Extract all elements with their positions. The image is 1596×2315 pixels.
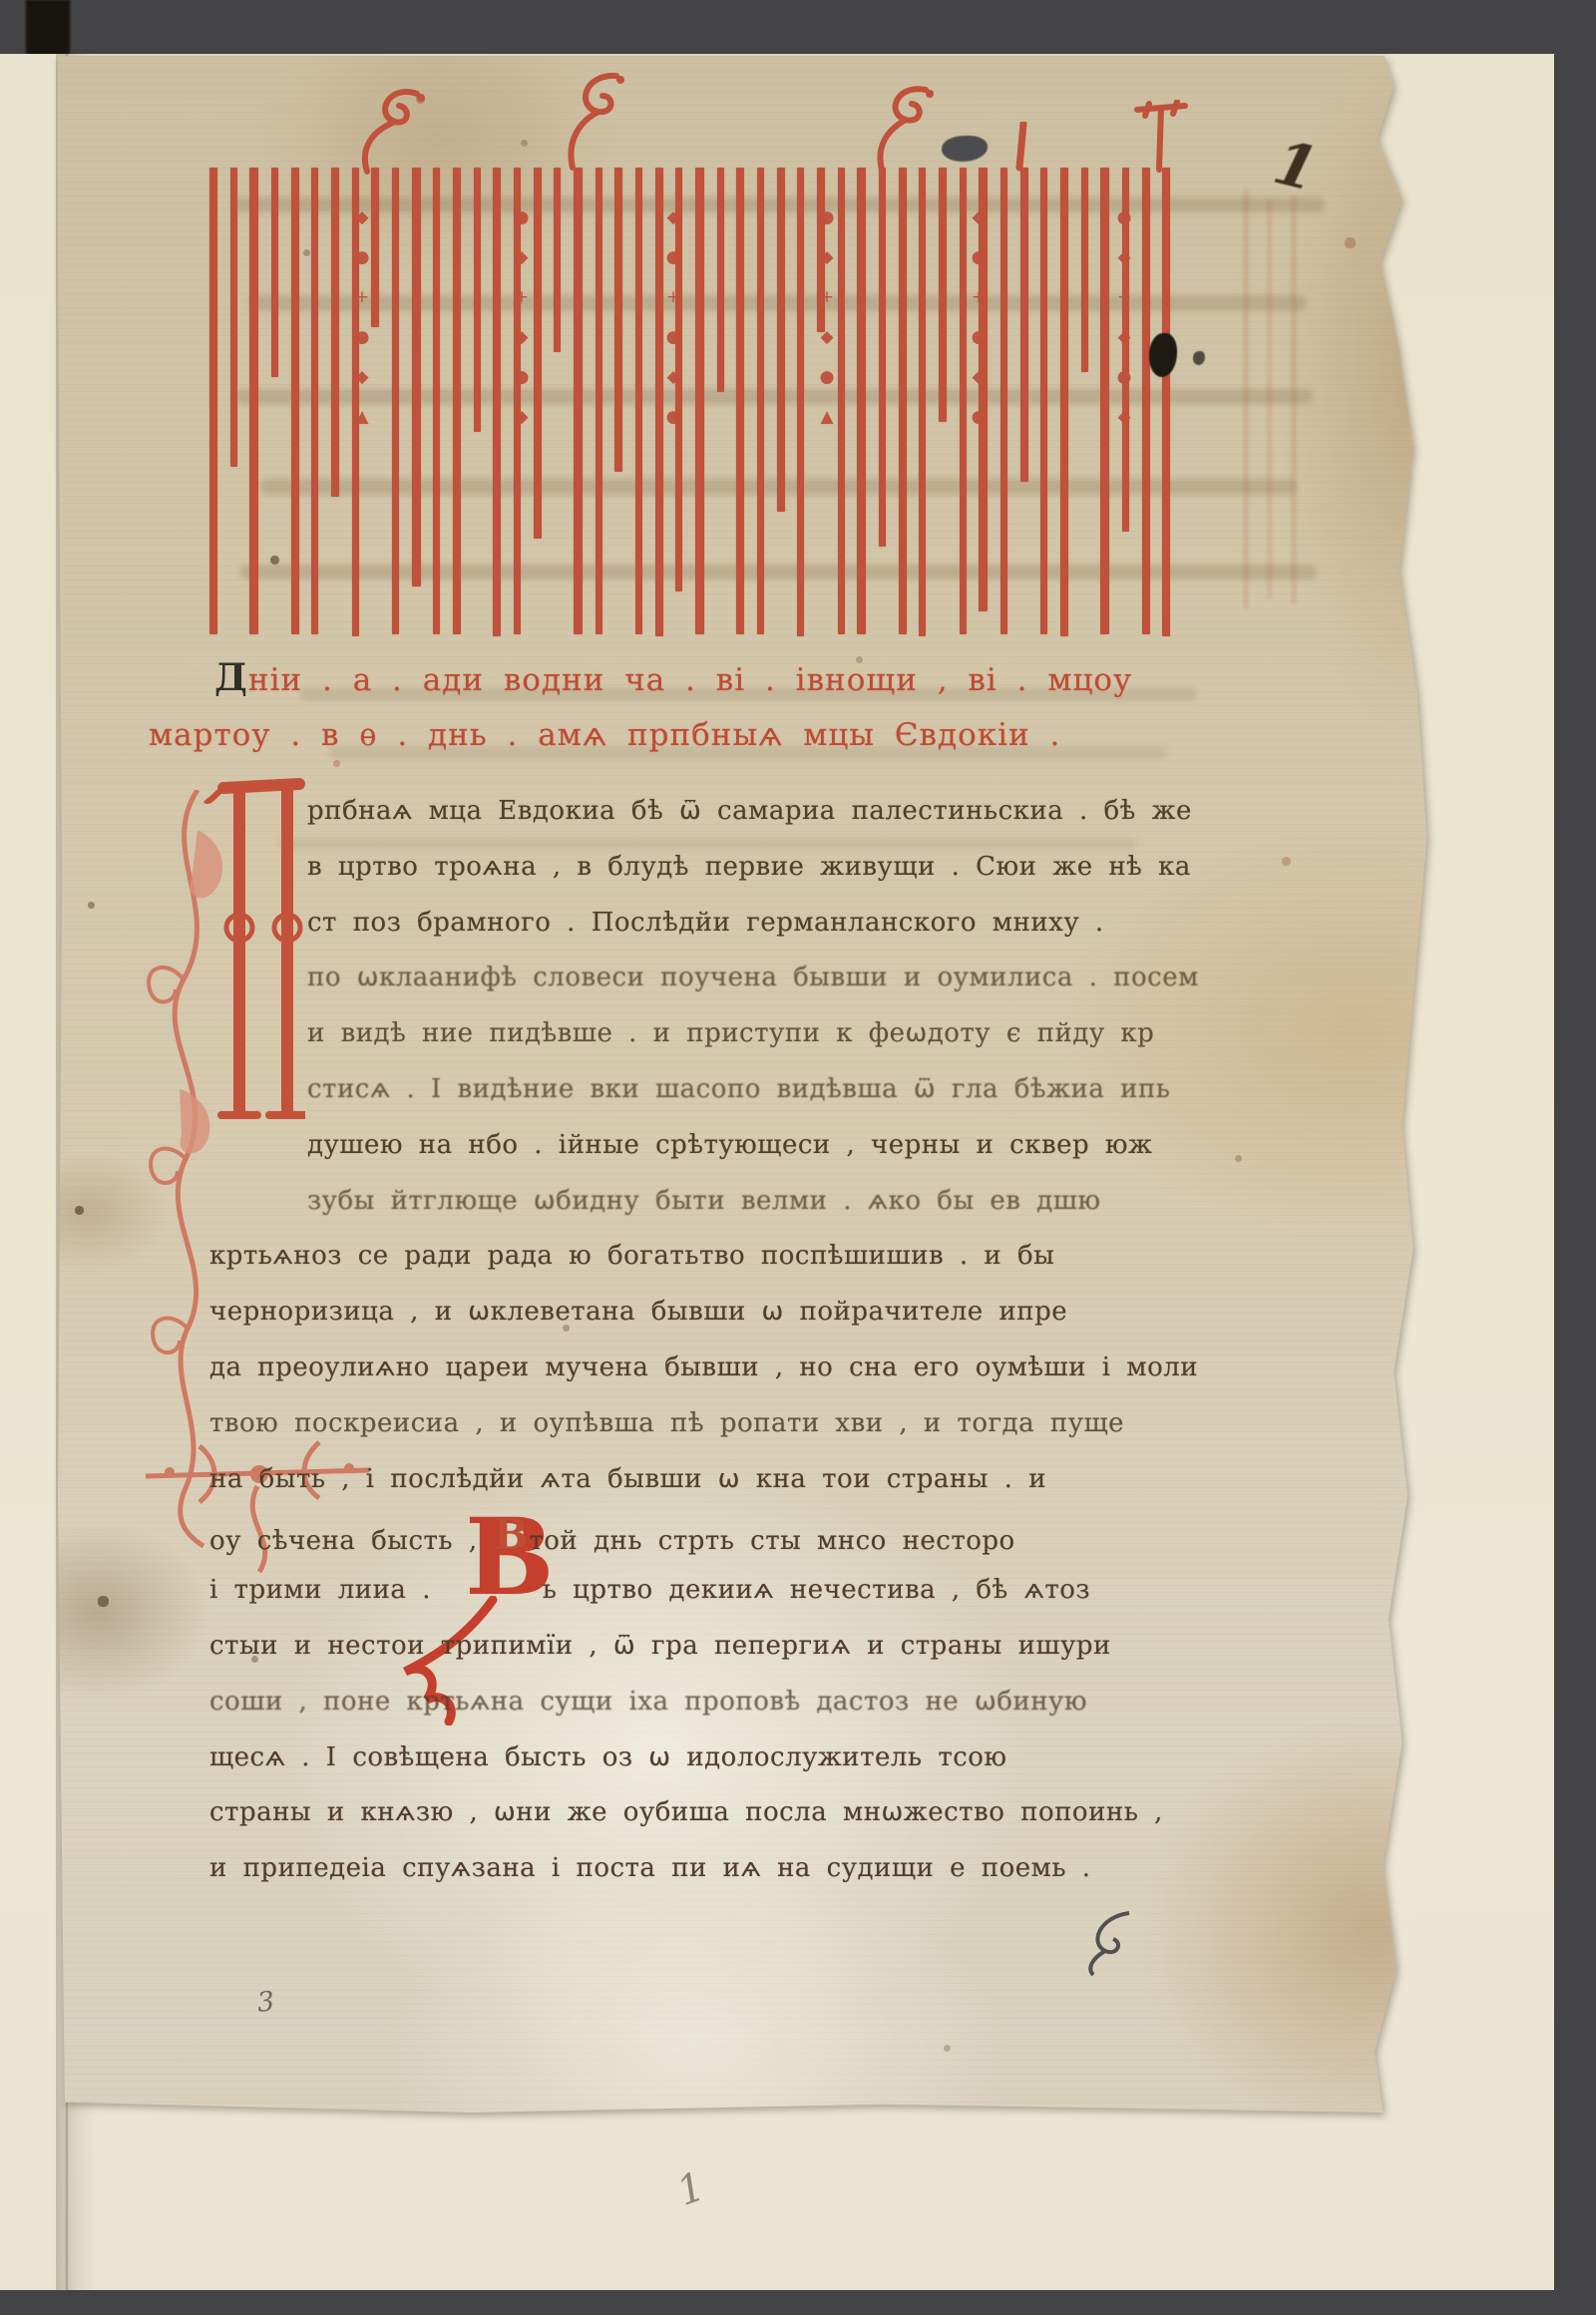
headpiece-motif-icon: ◆ [509,317,535,357]
headpiece-ornament: ◆●+●◆▲●◆+◆●◆◆●+●◆●●◆+◆●▲◆●+●◆●●◆+◆●◆ [209,168,1219,638]
manuscript-text-segment: зубы йтглюще ѡбидну быти велми . ѧко бы … [307,1186,1101,1216]
headpiece-bar [554,168,561,352]
headpiece-bar [939,168,947,422]
manuscript-text-segment: соши , поне кртьѧна сущи іха проповѣ дас… [209,1687,1087,1717]
manuscript-text-block: рпбнаѧ мца Евдокиа бѣ ѿ самариа палестин… [209,784,1347,1897]
headpiece-bar [1060,168,1068,636]
rubric-heading: Дніи . а . ади водни ча . ві . івнощи , … [214,648,1332,764]
manuscript-text-segment: стисѧ . І видѣние вки шасопо видѣвша ѿ г… [307,1074,1170,1104]
photo-background: ◆●+●◆▲●◆+◆●◆◆●+●◆●●◆+◆●▲◆●+●◆●●◆+◆●◆ 1 Д… [0,0,1596,2315]
manuscript-text-segment: стыи и нестои трипимїи , ѿ гра пепергиѧ … [209,1631,1111,1661]
manuscript-text-segment: страны и кнѧзю , ѡни же оубиша посла мнѡ… [209,1797,1163,1827]
headpiece-motif-column: ●◆+◆●▲ [814,197,840,666]
headpiece-bar [614,168,622,472]
headpiece-bar [453,168,461,634]
headpiece-bar [209,168,217,634]
headpiece-bar [797,168,804,636]
manuscript-text-segment: да преоулиѧно цареи мучена бывши , но сн… [209,1352,1198,1382]
headpiece-bar [311,168,318,634]
headpiece-bar [717,168,724,392]
manuscript-text-segment: на быть , і послѣдйи ѧта бывши ѡ кна тои… [209,1464,1046,1494]
headpiece-motif-icon: ◆ [966,357,992,397]
headpiece-motif-icon: ● [966,397,992,437]
headpiece-motif-icon: ◆ [349,357,375,397]
headpiece-motif-column: ◆●+●◆▲ [349,197,375,696]
manuscript-line: по ѡклаанифѣ словеси поучена бывши и оум… [209,951,1347,1006]
manuscript-text-segment: щесѧ . І совѣщена бысть оз ѡ идолослужит… [209,1742,1007,1772]
headpiece-bar [230,168,237,467]
headpiece-motif-column: ◆●+●◆● [966,197,992,721]
headpiece-bar [534,168,542,539]
headpiece-motif-icon: ◆ [660,357,686,397]
headpiece-bar [412,168,421,586]
headpiece-motif-icon: ● [509,357,535,397]
bleedthrough-line [1291,194,1297,603]
manuscript-text-segment: той днь стрть сты мнсо несторо [529,1526,1014,1556]
headpiece-motif-icon: ◆ [1111,237,1137,277]
rubric-line: мартоу . в ѳ . днь . амѧ прпбныѧ мцы Євд… [149,706,1332,764]
headpiece-bar [1162,168,1170,636]
manuscript-text-segment: рпбнаѧ мца Евдокиа бѣ ѿ самариа палестин… [307,796,1192,826]
headpiece-motif-icon: + [814,277,840,317]
headpiece-flourish-icon [870,84,940,174]
headpiece-motif-icon: ● [814,197,840,237]
manuscript-text-segment: і трими лииа . [209,1575,447,1605]
headpiece-bar [271,168,278,377]
bleedthrough-line [1267,199,1272,598]
headpiece-flourish-icon [1131,100,1191,175]
manuscript-text-segment: оу сѣчена бысть , [209,1526,493,1556]
manuscript-line: в цртво троѧна , в блудѣ первие живущи .… [209,840,1347,896]
manuscript-line: рпбнаѧ мца Евдокиа бѣ ѿ самариа палестин… [209,784,1347,840]
headpiece-motif-icon: ◆ [509,397,535,437]
headpiece-flourish-icon [1011,122,1031,172]
stain-specks [0,0,3,3]
headpiece-bar [879,168,886,547]
manuscript-line: соши , поне кртьѧна сущи іха проповѣ дас… [209,1675,1347,1731]
headpiece-motif-icon: ● [660,237,686,277]
headpiece-motif-icon: ◆ [509,237,535,277]
rubric-line: Дніи . а . ади водни ча . ві . івнощи , … [214,648,1332,706]
headpiece-bar [1142,168,1150,634]
headpiece-motif-icon: ▲ [814,397,840,437]
headpiece-flourish-icon [559,72,628,172]
manuscript-line: щесѧ . І совѣщена бысть оз ѡ идолослужит… [209,1731,1347,1786]
headpiece-motif-icon: ● [349,237,375,277]
headpiece-motif-icon: ● [966,317,992,357]
headpiece-motif-icon: ◆ [814,317,840,357]
manuscript-line: зубы йтглюще ѡбидну быти велми . ѧко бы … [209,1174,1347,1230]
manuscript-text-segment: и видѣ ние пидѣвше . и приступи к феѡдот… [307,1018,1154,1048]
headpiece-bar [596,168,602,634]
headpiece-motif-icon: ● [1111,197,1137,237]
headpiece-motif-icon: ● [660,397,686,437]
manuscript-text-segment: по ѡклаанифѣ словеси поучена бывши и оум… [307,963,1199,992]
manuscript-line: и припедеіа спуѧзана і поста пи иѧ на су… [209,1841,1347,1897]
headpiece-motif-icon: ◆ [660,197,686,237]
manuscript-line: страны и кнѧзю , ѡни же оубиша посла мнѡ… [209,1785,1347,1841]
headpiece-bar [1000,168,1007,634]
manuscript-line: стисѧ . І видѣние вки шасопо видѣвша ѿ г… [209,1062,1347,1118]
headpiece-bar [249,168,258,634]
manuscript-text-segment: мартоу . в ѳ . днь . амѧ прпбныѧ мцы Євд… [149,717,1060,753]
headpiece-bar [493,168,501,636]
headpiece-bar [291,168,299,634]
headpiece-motif-icon: ● [660,317,686,357]
manuscript-line: на быть , і послѣдйи ѧта бывши ѡ кна тои… [209,1452,1347,1508]
headpiece-bar [1081,168,1088,372]
headpiece-motif-icon: + [509,277,535,317]
manuscript-text-segment: и припедеіа спуѧзана і поста пи иѧ на су… [209,1853,1091,1883]
manuscript-text-segment: твою поскреисиа , и оупѣвша пѣ ропати хв… [209,1408,1124,1438]
headpiece-bar [899,168,907,634]
headpiece-bar [331,168,339,497]
manuscript-line: оу сѣчена бысть , Втой днь стрть сты мнс… [209,1507,1347,1563]
headpiece-bar [857,168,866,634]
manuscript-line: ст поз брамного . Послѣдйи германланског… [209,896,1347,952]
manuscript-line: душею на нбо . ійные срѣтующеси , черны … [209,1118,1347,1174]
ink-squiggle [1079,1907,1139,1977]
manuscript-text-segment: В [493,1510,529,1559]
headpiece-motif-icon: ● [349,317,375,357]
headpiece-motif-icon: + [1111,277,1137,317]
manuscript-line: і трими лииа . ь цртво декииѧ нечестива … [209,1563,1347,1619]
headpiece-motif-icon: ● [814,357,840,397]
manuscript-text-segment: кртьѧноз се ради рада ю богатьтво поспѣш… [209,1241,1054,1271]
manuscript-text-segment: ніи . а . ади водни ча . ві . івнощи , в… [248,662,1132,698]
manuscript-line: твою поскреисиа , и оупѣвша пѣ ропати хв… [209,1396,1347,1452]
headpiece-bar [1100,168,1109,634]
headpiece-bar [777,168,785,512]
headpiece-bar [695,168,704,634]
headpiece-motif-icon: + [660,277,686,317]
headpiece-motif-icon: ◆ [349,197,375,237]
headpiece-flourish-icon [357,88,427,178]
binding-notch [26,0,70,60]
headpiece-motif-column: ●◆+◆●◆ [509,197,535,666]
headpiece-motif-icon: ● [509,197,535,237]
headpiece-motif-icon: ● [966,237,992,277]
headpiece-bar [757,168,764,634]
headpiece-bar [635,168,642,634]
manuscript-line: и видѣ ние пидѣвше . и приступи к феѡдот… [209,1006,1347,1062]
folio-number-pencil: 3 [255,1986,275,2019]
headpiece-bar [1020,168,1028,482]
headpiece-bar [1040,168,1047,634]
manuscript-line: да преоулиѧно цареи мучена бывши , но сн… [209,1341,1347,1396]
headpiece-motif-icon: + [966,277,992,317]
manuscript-text-segment: ь цртво декииѧ нечестива , бѣ ѧтоз [543,1575,1090,1605]
manuscript-text-segment: черноризица , и ѡклеветана бывши ѡ пойра… [209,1297,1067,1327]
headpiece-motif-icon: ◆ [966,197,992,237]
bleedthrough-line [1243,190,1249,608]
headpiece-bar [433,168,440,634]
manuscript-text-segment: ст поз брамного . Послѣдйи германланског… [307,908,1104,938]
headpiece-motif-icon: + [349,277,375,317]
manuscript-text-segment: Д [214,655,248,699]
headpiece-motif-icon: ◆ [1111,317,1137,357]
headpiece-motif-icon: ● [1111,357,1137,397]
headpiece-bar [574,168,583,634]
headpiece-bar [392,168,399,634]
headpiece-bar [736,168,744,634]
headpiece-motif-icon: ◆ [1111,397,1137,437]
manuscript-line: стыи и нестои трипимїи , ѿ гра пепергиѧ … [209,1619,1347,1675]
manuscript-line: черноризица , и ѡклеветана бывши ѡ пойра… [209,1285,1347,1341]
headpiece-motif-icon: ◆ [814,237,840,277]
manuscript-text-segment: душею на нбо . ійные срѣтующеси , черны … [307,1130,1152,1160]
manuscript-text-segment: в цртво троѧна , в блудѣ первие живущи .… [307,852,1191,882]
headpiece-motif-icon: ▲ [349,397,375,437]
headpiece-motif-column: ●◆+◆●◆ [1111,197,1137,666]
headpiece-bar [474,168,481,432]
headpiece-bar [919,168,926,636]
manuscript-line: кртьѧноз се ради рада ю богатьтво поспѣш… [209,1229,1347,1285]
